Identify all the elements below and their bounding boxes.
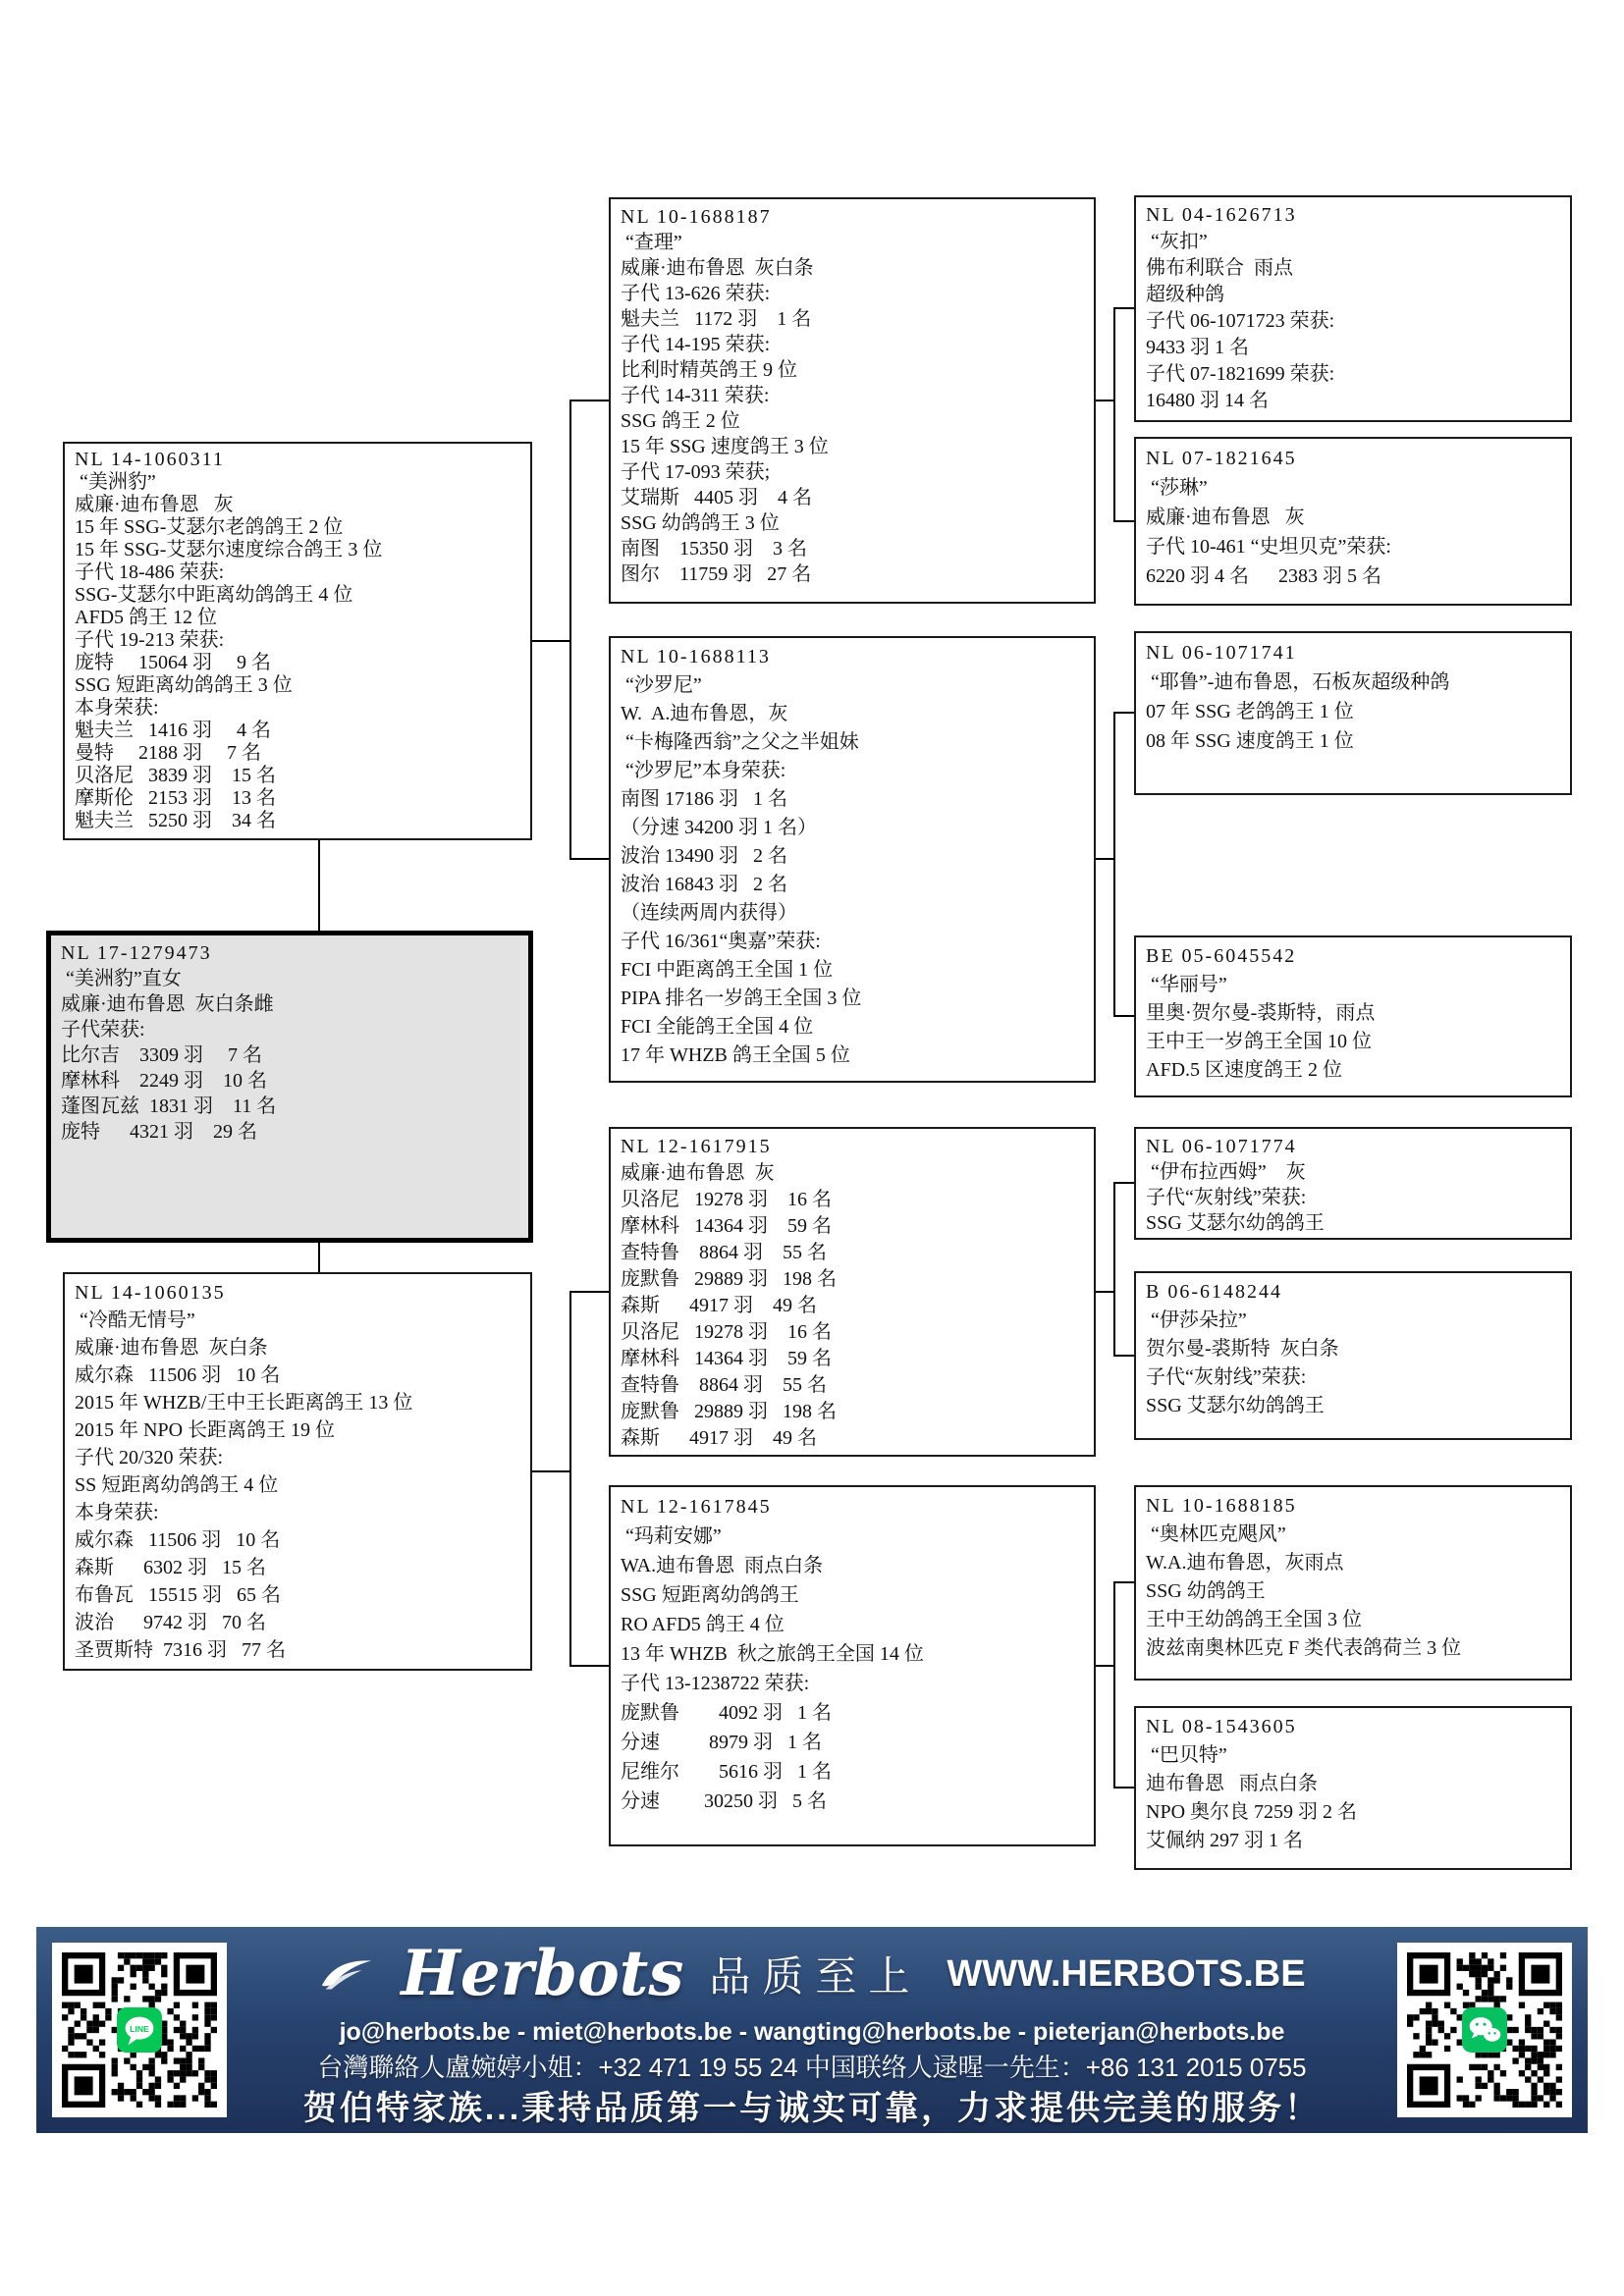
text-line: 子代 13-1238722 荣获:: [621, 1669, 1084, 1698]
text-line: 森斯 6302 羽 15 名: [75, 1554, 520, 1581]
text-line: FCI 中距离鸽王全国 1 位: [621, 956, 1084, 985]
text-line: 08 年 SSG 速度鸽王 1 位: [1146, 726, 1560, 756]
text-line: AFD5 鸽王 12 位: [75, 607, 520, 629]
text-line: “美洲豹”: [75, 471, 520, 494]
text-line: 魁夫兰 5250 羽 34 名: [75, 810, 520, 832]
pedigree-connector: [1113, 712, 1134, 714]
text-line: 贝洛尼 19278 羽 16 名: [621, 1187, 1084, 1213]
text-line: 摩林科 2249 羽 10 名: [61, 1068, 518, 1094]
text-line: 王中王幼鸽鸽王全国 3 位: [1146, 1606, 1560, 1634]
brand-tagline: 品质至上: [709, 1945, 921, 2003]
text-line: 庞默鲁 29889 羽 198 名: [621, 1266, 1084, 1293]
text-line: 贝洛尼 3839 羽 15 名: [75, 765, 520, 787]
text-line: SSG 短距离幼鸽鸽王 3 位: [75, 674, 520, 697]
pedigree-box-gg2: NL 07-1821645 “莎琳”威廉·迪布鲁恩 灰子代 10-461 “史坦…: [1134, 437, 1572, 606]
text-line: SSG 艾瑟尔幼鸽鸽王: [1146, 1210, 1560, 1236]
text-line: PIPA 排名一岁鸽王全国 3 位: [621, 985, 1084, 1013]
text-line: SS 短距离幼鸽鸽王 4 位: [75, 1471, 520, 1499]
text-line: 魁夫兰 1172 羽 1 名: [621, 306, 1084, 332]
text-line: “卡梅隆西翁”之父之半姐妹: [621, 728, 1084, 757]
text-line: 庞特 4321 羽 29 名: [61, 1119, 518, 1145]
text-line: 尼维尔 5616 羽 1 名: [621, 1757, 1084, 1787]
text-line: 森斯 4917 羽 49 名: [621, 1293, 1084, 1319]
text-line: 佛布利联合 雨点: [1146, 255, 1560, 282]
text-line: 子代 16/361“奥嘉”荣获:: [621, 928, 1084, 956]
text-line: “灰扣”: [1146, 229, 1560, 255]
text-line: NL 06-1071774: [1146, 1134, 1560, 1159]
text-line: 比利时精英鸽王 9 位: [621, 357, 1084, 383]
text-line: 威廉·迪布鲁恩 灰白条: [621, 255, 1084, 281]
text-line: 贺尔曼-裘斯特 灰白条: [1146, 1335, 1560, 1363]
text-line: 分速 30250 羽 5 名: [621, 1787, 1084, 1816]
text-line: “伊布拉西姆” 灰: [1146, 1159, 1560, 1185]
text-line: 波治 13490 羽 2 名: [621, 842, 1084, 871]
text-line: 图尔 11759 羽 27 名: [621, 561, 1084, 587]
text-line: AFD.5 区速度鸽王 2 位: [1146, 1056, 1560, 1085]
pedigree-box-gg5: NL 06-1071774 “伊布拉西姆” 灰子代“灰射线”荣获:SSG 艾瑟尔…: [1134, 1127, 1572, 1240]
text-line: 威廉·迪布鲁恩 灰: [75, 494, 520, 516]
footer-center: Herbots 品质至上 WWW.HERBOTS.BE jo@herbots.b…: [246, 1933, 1378, 2127]
text-line: 本身荣获:: [75, 697, 520, 720]
text-line: 2015 年 NPO 长距离鸽王 19 位: [75, 1416, 520, 1444]
pedigree-connector: [1113, 1355, 1134, 1357]
text-line: 里奥·贺尔曼-裘斯特，雨点: [1146, 999, 1560, 1028]
pedigree-connector: [569, 400, 609, 401]
text-line: （分速 34200 羽 1 名）: [621, 814, 1084, 842]
text-line: 庞默鲁 29889 羽 198 名: [621, 1399, 1084, 1425]
text-line: 子代 07-1821699 荣获:: [1146, 361, 1560, 388]
text-line: 查特鲁 8864 羽 55 名: [621, 1372, 1084, 1399]
pedigree-box-gg6: B 06-6148244 “伊莎朵拉”贺尔曼-裘斯特 灰白条子代“灰射线”荣获:…: [1134, 1271, 1572, 1440]
text-line: “伊莎朵拉”: [1146, 1307, 1560, 1335]
pedigree-connector: [1113, 712, 1115, 1017]
text-line: （连续两周内获得）: [621, 899, 1084, 928]
text-line: W.A.迪布鲁恩，灰雨点: [1146, 1549, 1560, 1577]
text-line: “莎琳”: [1146, 473, 1560, 503]
text-line: “巴贝特”: [1146, 1741, 1560, 1770]
pedigree-box-gg8: NL 08-1543605 “巴贝特”迪布鲁恩 雨点白条NPO 奥尔良 7259…: [1134, 1706, 1572, 1870]
qr-code-wechat: [1397, 1943, 1572, 2117]
brand-row: Herbots 品质至上 WWW.HERBOTS.BE: [246, 1933, 1378, 2015]
text-line: SSG 短距离幼鸽鸽王: [621, 1580, 1084, 1610]
wing-icon: [318, 1954, 375, 1994]
text-line: 子代 10-461 “史坦贝克”荣获:: [1146, 532, 1560, 561]
qr-code-line: LINE: [52, 1943, 227, 2117]
text-line: NL 07-1821645: [1146, 444, 1560, 473]
text-line: NL 12-1617915: [621, 1134, 1084, 1160]
pedigree-connector: [569, 858, 609, 860]
pedigree-box-sire-dam: NL 10-1688113 “沙罗尼”W. A.迪布鲁恩，灰 “卡梅隆西翁”之父…: [609, 636, 1096, 1083]
text-line: 艾瑞斯 4405 羽 4 名: [621, 485, 1084, 510]
text-line: “玛莉安娜”: [621, 1522, 1084, 1551]
text-line: 子代 14-311 荣获:: [621, 383, 1084, 408]
text-line: 艾佩纳 297 羽 1 名: [1146, 1827, 1560, 1855]
pedigree-connector: [1113, 1015, 1134, 1017]
text-line: 波治 9742 羽 70 名: [75, 1609, 520, 1636]
text-line: “华丽号”: [1146, 971, 1560, 999]
text-line: NL 06-1071741: [1146, 638, 1560, 667]
pedigree-connector: [569, 400, 571, 860]
text-line: W. A.迪布鲁恩，灰: [621, 700, 1084, 728]
text-line: 子代 18-486 荣获:: [75, 561, 520, 584]
text-line: “奥林匹克飓风”: [1146, 1521, 1560, 1549]
text-line: B 06-6148244: [1146, 1278, 1560, 1307]
text-line: 本身荣获:: [75, 1499, 520, 1526]
text-line: 分速 8979 羽 1 名: [621, 1728, 1084, 1757]
text-line: NL 08-1543605: [1146, 1713, 1560, 1741]
text-line: 查特鲁 8864 羽 55 名: [621, 1240, 1084, 1266]
text-line: WA.迪布鲁恩 雨点白条: [621, 1551, 1084, 1580]
pedigree-box-subject: NL 17-1279473 “美洲豹”直女威廉·迪布鲁恩 灰白条雌子代荣获:比尔…: [46, 931, 533, 1243]
text-line: NL 10-1688113: [621, 643, 1084, 671]
text-line: “沙罗尼”本身荣获:: [621, 757, 1084, 785]
pedigree-connector: [318, 840, 320, 931]
pedigree-connector: [569, 1291, 609, 1293]
text-line: 子代 13-626 荣获:: [621, 281, 1084, 306]
footer-banner: LINE: [36, 1927, 1588, 2133]
pedigree-connector: [1096, 858, 1115, 860]
text-line: 15 年 SSG 速度鸽王 3 位: [621, 434, 1084, 459]
text-line: 摩斯伦 2153 羽 13 名: [75, 787, 520, 810]
pedigree-page: NL 14-1060311 “美洲豹”威廉·迪布鲁恩 灰15 年 SSG-艾瑟尔…: [0, 0, 1624, 2296]
wechat-icon: [1462, 2007, 1507, 2053]
brand-logo-text: Herbots: [401, 1943, 683, 2005]
text-line: NL 10-1688187: [621, 204, 1084, 230]
text-line: 南图 15350 羽 3 名: [621, 536, 1084, 561]
svg-text:LINE: LINE: [130, 2024, 149, 2034]
pedigree-connector: [1113, 307, 1115, 522]
contact-phones: 台灣聯絡人盧婉婷小姐：+32 471 19 55 24 中国联络人逯暒一先生：+…: [246, 2049, 1378, 2086]
text-line: 蓬图瓦兹 1831 羽 11 名: [61, 1094, 518, 1119]
text-line: 2015 年 WHZB/王中王长距离鸽王 13 位: [75, 1389, 520, 1416]
pedigree-connector: [1113, 520, 1134, 522]
text-line: SSG-艾瑟尔中距离幼鸽鸽王 4 位: [75, 584, 520, 607]
text-line: 圣贾斯特 7316 羽 77 名: [75, 1636, 520, 1664]
pedigree-connector: [569, 1291, 571, 1667]
pedigree-box-dam-dam: NL 12-1617845 “玛莉安娜”WA.迪布鲁恩 雨点白条SSG 短距离幼…: [609, 1485, 1096, 1846]
text-line: 威廉·迪布鲁恩 灰: [621, 1160, 1084, 1187]
pedigree-connector: [532, 640, 571, 642]
text-line: NL 17-1279473: [61, 940, 518, 966]
text-line: 15 年 SSG-艾瑟尔老鸽鸽王 2 位: [75, 516, 520, 539]
text-line: 17 年 WHZB 鸽王全国 5 位: [621, 1041, 1084, 1070]
text-line: 庞特 15064 羽 9 名: [75, 652, 520, 674]
text-line: SSG 艾瑟尔幼鸽鸽王: [1146, 1392, 1560, 1420]
text-line: SSG 幼鸽鸽王: [1146, 1577, 1560, 1606]
text-line: 波治 16843 羽 2 名: [621, 871, 1084, 899]
text-line: 超级种鸽: [1146, 282, 1560, 308]
text-line: 9433 羽 1 名: [1146, 335, 1560, 361]
text-line: 威廉·迪布鲁恩 灰白条雌: [61, 991, 518, 1017]
pedigree-connector: [1096, 1665, 1115, 1667]
text-line: 子代 06-1071723 荣获:: [1146, 308, 1560, 335]
pedigree-box-gg7: NL 10-1688185 “奥林匹克飓风”W.A.迪布鲁恩，灰雨点SSG 幼鸽…: [1134, 1485, 1572, 1681]
pedigree-connector: [1113, 1182, 1115, 1357]
text-line: 子代 14-195 荣获:: [621, 332, 1084, 357]
text-line: 南图 17186 羽 1 名: [621, 785, 1084, 814]
text-line: RO AFD5 鸽王 4 位: [621, 1610, 1084, 1639]
text-line: 威廉·迪布鲁恩 灰白条: [75, 1334, 520, 1362]
text-line: NL 14-1060135: [75, 1279, 520, 1307]
text-line: 16480 羽 14 名: [1146, 388, 1560, 414]
pedigree-box-dam: NL 14-1060135 “冷酷无情号”威廉·迪布鲁恩 灰白条威尔森 1150…: [63, 1272, 532, 1671]
text-line: 威尔森 11506 羽 10 名: [75, 1362, 520, 1389]
text-line: FCI 全能鸽王全国 4 位: [621, 1013, 1084, 1041]
text-line: BE 05-6045542: [1146, 942, 1560, 971]
text-line: “沙罗尼”: [621, 671, 1084, 700]
footer-slogan: 贺伯特家族...秉持品质第一与诚实可靠，力求提供完美的服务！: [246, 2086, 1378, 2131]
pedigree-box-sire: NL 14-1060311 “美洲豹”威廉·迪布鲁恩 灰15 年 SSG-艾瑟尔…: [63, 442, 532, 840]
text-line: NPO 奥尔良 7259 羽 2 名: [1146, 1798, 1560, 1827]
text-line: 子代荣获:: [61, 1017, 518, 1042]
text-line: 曼特 2188 羽 7 名: [75, 742, 520, 765]
text-line: “冷酷无情号”: [75, 1307, 520, 1334]
text-line: 子代“灰射线”荣获:: [1146, 1185, 1560, 1210]
text-line: 6220 羽 4 名 2383 羽 5 名: [1146, 561, 1560, 591]
text-line: 子代“灰射线”荣获:: [1146, 1363, 1560, 1392]
text-line: 贝洛尼 19278 羽 16 名: [621, 1319, 1084, 1346]
text-line: 子代 19-213 荣获:: [75, 629, 520, 652]
text-line: 07 年 SSG 老鸽鸽王 1 位: [1146, 697, 1560, 726]
text-line: SSG 幼鸽鸽王 3 位: [621, 510, 1084, 536]
text-line: 子代 17-093 荣获;: [621, 459, 1084, 485]
text-line: 13 年 WHZB 秋之旅鸽王全国 14 位: [621, 1639, 1084, 1669]
text-line: NL 04-1626713: [1146, 202, 1560, 229]
pedigree-connector: [1113, 307, 1134, 309]
pedigree-connector: [318, 1243, 320, 1272]
text-line: 威尔森 11506 羽 10 名: [75, 1526, 520, 1554]
contact-emails[interactable]: jo@herbots.be - miet@herbots.be - wangti…: [246, 2015, 1378, 2049]
text-line: 庞默鲁 4092 羽 1 名: [621, 1698, 1084, 1728]
pedigree-box-gg3: NL 06-1071741 “耶鲁”-迪布鲁恩，石板灰超级种鸽07 年 SSG …: [1134, 631, 1572, 795]
pedigree-box-gg4: BE 05-6045542 “华丽号”里奥·贺尔曼-裘斯特，雨点王中王一岁鸽王全…: [1134, 935, 1572, 1097]
pedigree-box-gg1: NL 04-1626713 “灰扣”佛布利联合 雨点超级种鸽子代 06-1071…: [1134, 195, 1572, 422]
pedigree-connector: [532, 1470, 571, 1472]
pedigree-connector: [1096, 400, 1115, 401]
line-app-icon: LINE: [117, 2007, 162, 2053]
pedigree-connector: [1113, 1182, 1134, 1184]
pedigree-connector: [1113, 1581, 1134, 1583]
text-line: “美洲豹”直女: [61, 966, 518, 991]
text-line: 15 年 SSG-艾瑟尔速度综合鸽王 3 位: [75, 539, 520, 561]
text-line: 摩林科 14364 羽 59 名: [621, 1346, 1084, 1372]
text-line: NL 12-1617845: [621, 1492, 1084, 1522]
text-line: 迪布鲁恩 雨点白条: [1146, 1770, 1560, 1798]
text-line: NL 14-1060311: [75, 449, 520, 471]
pedigree-box-sire-sire: NL 10-1688187 “查理”威廉·迪布鲁恩 灰白条子代 13-626 荣…: [609, 197, 1096, 604]
text-line: 摩林科 14364 羽 59 名: [621, 1213, 1084, 1240]
text-line: 魁夫兰 1416 羽 4 名: [75, 720, 520, 742]
text-line: 子代 20/320 荣获:: [75, 1444, 520, 1471]
text-line: SSG 鸽王 2 位: [621, 408, 1084, 434]
text-line: 威廉·迪布鲁恩 灰: [1146, 503, 1560, 532]
website-url[interactable]: WWW.HERBOTS.BE: [947, 1953, 1305, 1996]
text-line: 森斯 4917 羽 49 名: [621, 1425, 1084, 1452]
pedigree-connector: [569, 1665, 609, 1667]
text-line: 波兹南奥林匹克 F 类代表鸽荷兰 3 位: [1146, 1634, 1560, 1663]
text-line: NL 10-1688185: [1146, 1492, 1560, 1521]
pedigree-connector: [1096, 1291, 1115, 1293]
pedigree-connector: [1113, 1581, 1115, 1789]
pedigree-connector: [1113, 1787, 1134, 1789]
text-line: 布鲁瓦 15515 羽 65 名: [75, 1581, 520, 1609]
text-line: 王中王一岁鸽王全国 10 位: [1146, 1028, 1560, 1056]
text-line: 比尔吉 3309 羽 7 名: [61, 1042, 518, 1068]
text-line: “耶鲁”-迪布鲁恩，石板灰超级种鸽: [1146, 667, 1560, 697]
pedigree-box-dam-sire: NL 12-1617915威廉·迪布鲁恩 灰贝洛尼 19278 羽 16 名摩林…: [609, 1127, 1096, 1457]
text-line: “查理”: [621, 230, 1084, 255]
